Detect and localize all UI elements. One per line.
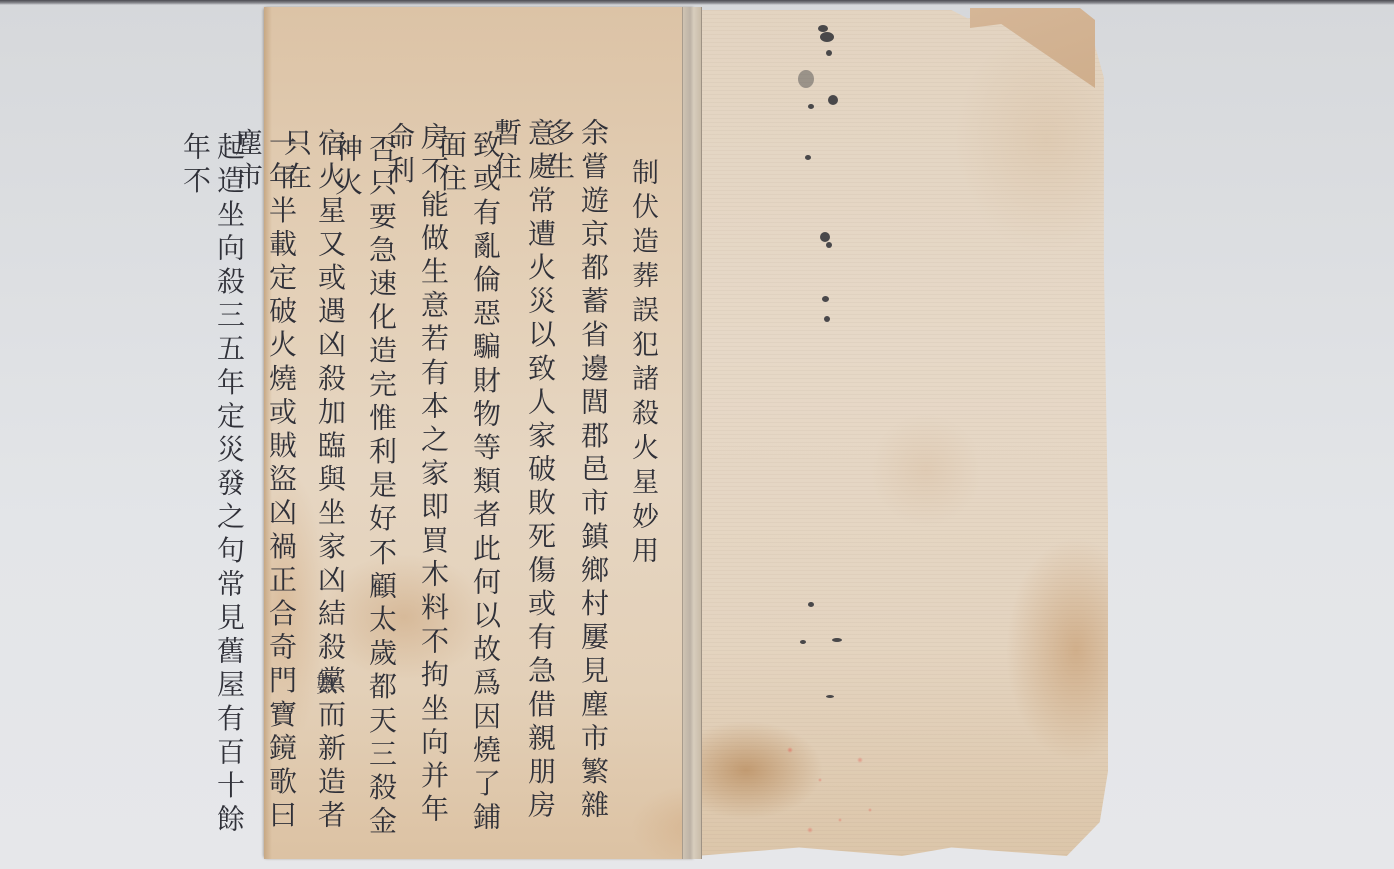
ink-blot [818, 25, 828, 32]
ink-blot [832, 638, 842, 642]
text-column: 房不能做生意若有本之家即買木料不拘坐向并年命利 [416, 122, 450, 850]
ink-blot [808, 104, 814, 109]
ink-blot [805, 155, 811, 160]
ink-blot [828, 95, 838, 105]
ink-blot [800, 640, 806, 644]
text-column: 一年半載定破火燒或賊盜凶禍正合奇門寶鏡歌曰塵市 [264, 128, 298, 850]
ink-blot [820, 232, 830, 242]
ink-blot [824, 316, 830, 322]
title-column: 制伏造葬誤犯諸殺火星妙用 [625, 158, 659, 571]
text-column: 意處常遭火災以致人家破敗死傷或有急借親朋房暫住 [523, 118, 557, 850]
text-column: 否只要急速化造完惟利是好不顧太歲都天三殺金神火 [364, 134, 398, 850]
marginal-annotation: 數 [316, 668, 338, 699]
manuscript-text: 制伏造葬誤犯諸殺火星妙用 余嘗遊京都蓄省邊閭郡邑市鎮鄉村屢見塵市繁雜多生 意處常… [270, 120, 690, 850]
text-column: 致或有亂倫惡騙財物等類者此何以故爲因燒了鋪面住 [468, 130, 502, 850]
text-column: 起造坐向殺三五年定災發之句常見舊屋有百十餘年不 [212, 132, 246, 850]
scanner-edge-shadow [0, 0, 1394, 5]
ink-blot [820, 32, 834, 42]
ink-blot [826, 50, 832, 56]
ink-blot [798, 70, 814, 88]
ink-blot [808, 602, 814, 607]
ink-blot [826, 695, 834, 698]
red-seal-residue [770, 720, 890, 850]
right-page [696, 10, 1108, 856]
text-column: 宿火星又或遇凶殺加臨與坐家凶結殺黨而新造者只在 [313, 128, 347, 850]
ink-blot [822, 296, 829, 302]
text-column: 余嘗遊京都蓄省邊閭郡邑市鎮鄉村屢見塵市繁雜多生 [576, 118, 610, 850]
ink-blot [826, 242, 832, 248]
